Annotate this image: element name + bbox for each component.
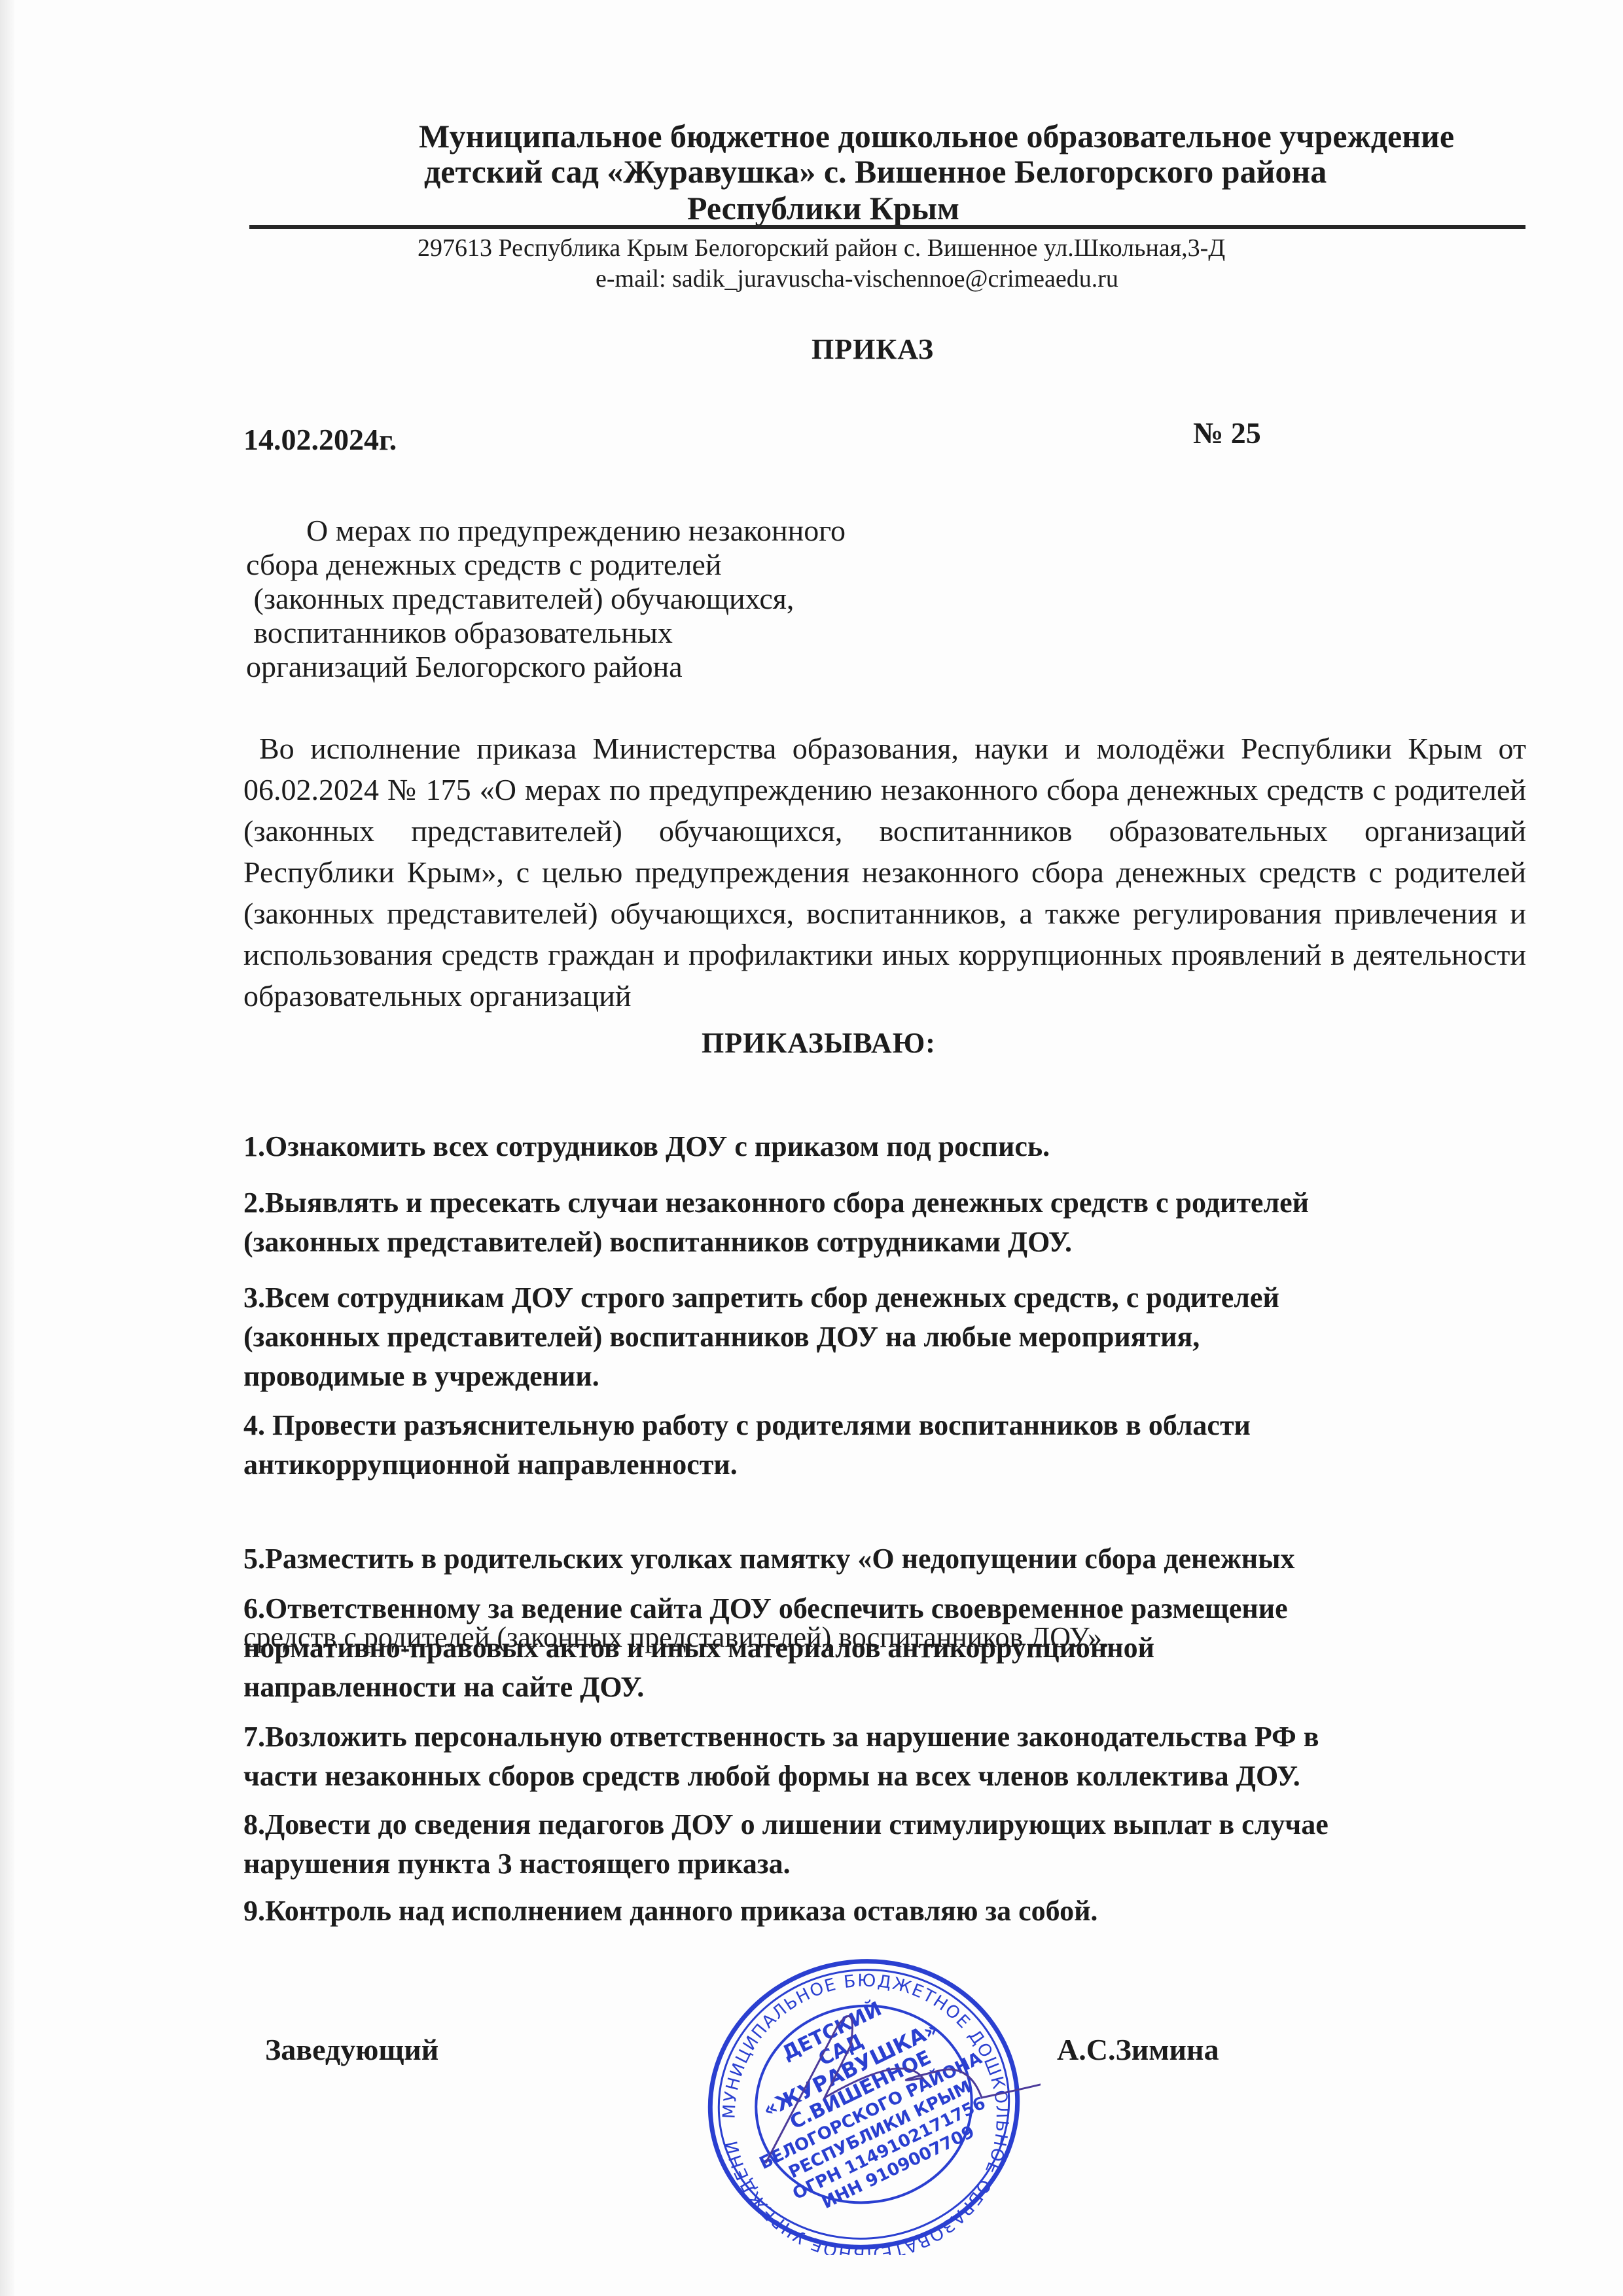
document-subject: О мерах по предупреждению незаконного сб… xyxy=(246,514,846,684)
subject-line: (законных представителей) обучающихся, xyxy=(246,582,846,616)
subject-line: О мерах по предупреждению незаконного xyxy=(246,514,846,548)
org-name-line1: Муниципальное бюджетное дошкольное образ… xyxy=(419,117,1454,156)
document-type-title: ПРИКАЗ xyxy=(811,332,934,366)
subject-line: организаций Белогорского района xyxy=(246,650,846,684)
letterhead-rule xyxy=(249,225,1525,229)
org-email: e-mail: sadik_juravuscha-vischennoe@crim… xyxy=(596,264,1118,294)
stamp-seal-icon: МУНИЦИПАЛЬНОЕ БЮДЖЕТНОЕ ДОШКОЛЬНОЕ ОБРАЗ… xyxy=(687,1947,1041,2255)
signatory-name: А.С.Зимина xyxy=(1057,2032,1219,2067)
order-item-1: 1.Ознакомить всех сотрудников ДОУ с прик… xyxy=(243,1127,1526,1166)
order-word: ПРИКАЗЫВАЮ: xyxy=(702,1026,936,1060)
order-item-5-bold: 5.Разместить в родительских уголках памя… xyxy=(243,1539,1526,1579)
subject-line: сбора денежных средств с родителей xyxy=(246,548,846,582)
order-item-2: 2.Выявлять и пресекать случаи незаконног… xyxy=(243,1183,1526,1262)
subject-line: воспитанников образовательных xyxy=(246,616,846,650)
preamble-paragraph: Во исполнение приказа Министерства образ… xyxy=(243,728,1526,1016)
org-name-line2: детский сад «Журавушка» с. Вишенное Бело… xyxy=(424,152,1327,191)
order-item-4: 4. Провести разъяснительную работу с род… xyxy=(243,1406,1526,1484)
document-number: № 25 xyxy=(1193,416,1261,450)
official-stamp: МУНИЦИПАЛЬНОЕ БЮДЖЕТНОЕ ДОШКОЛЬНОЕ ОБРАЗ… xyxy=(687,1947,1041,2255)
signatory-position: Заведующий xyxy=(265,2032,438,2067)
order-item-7: 7.Возложить персональную ответственность… xyxy=(243,1717,1526,1796)
order-item-6: 6.Ответственному за ведение сайта ДОУ об… xyxy=(243,1589,1526,1707)
document-date: 14.02.2024г. xyxy=(243,422,397,457)
order-item-8: 8.Довести до сведения педагогов ДОУ о ли… xyxy=(243,1805,1526,1884)
scan-edge-shadow xyxy=(0,0,14,2296)
order-item-3: 3.Всем сотрудникам ДОУ строго запретить … xyxy=(243,1278,1526,1396)
order-item-9: 9.Контроль над исполнением данного прика… xyxy=(243,1892,1526,1931)
org-name-line3: Республики Крым xyxy=(687,188,959,228)
document-page: Муниципальное бюджетное дошкольное образ… xyxy=(0,0,1623,2296)
org-address: 297613 Республика Крым Белогорский район… xyxy=(418,233,1225,263)
